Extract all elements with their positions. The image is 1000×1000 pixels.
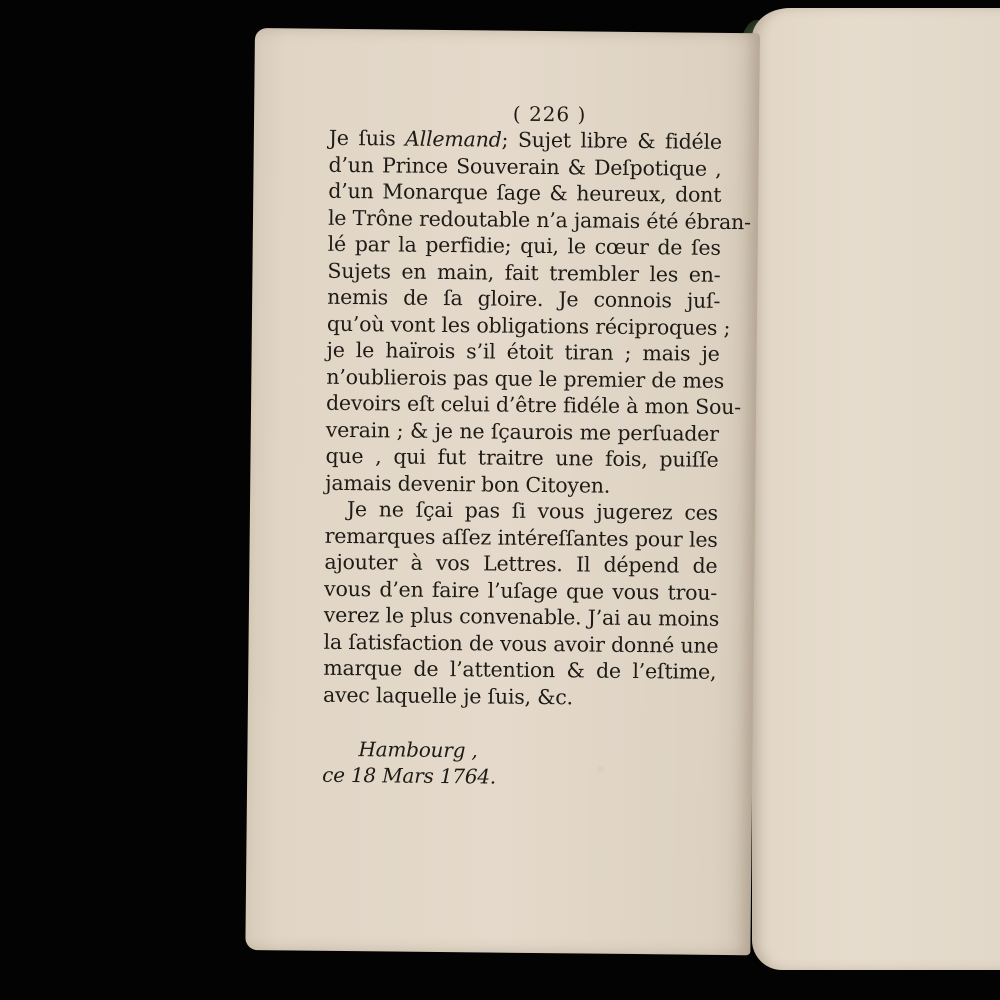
text-line: ajouter à vos Lettres. Il dépend de [324,549,717,580]
text-line: je le haïrois s’il étoit tiran ; mais je [326,337,719,368]
text-line: lé par la perfidie; qui, le cœur de ſes [328,231,721,262]
text-line: verain ; & je ne ſçaurois me perſuader [326,416,719,447]
text-line: d’un Prince Souverain & Deſpotique , [328,151,721,182]
page-text-block: ( 226 ) Je ſuis Allemand; Sujet libre & … [322,101,722,792]
text-line: Je ſuis Allemand; Sujet libre & fidéle [329,125,722,156]
italic-word: Allemand [405,127,502,152]
text-line: Je ne ſçai pas ſi vous jugerez ces [325,496,718,527]
text-fragment: ; Sujet libre & fidéle [501,128,722,154]
text-line: qu’où vont les obligations réciproques ; [327,310,720,341]
left-page: ( 226 ) Je ſuis Allemand; Sujet libre & … [245,28,760,955]
page-number: ( 226 ) [377,101,722,127]
paragraph-1: Je ſuis Allemand; Sujet libre & fidéle d… [325,125,722,500]
signoff-place: Hambourg , [322,736,715,766]
text-line: marque de l’attention & de l’eſtime, [323,655,716,686]
signoff-date: ce 18 Mars 1764. [322,762,715,792]
text-line: Sujets en main, fait trembler les en- [327,257,720,288]
text-line: avec laquelle je ſuis, &c. [323,681,716,712]
text-line: verez le plus convenable. J’ai au moins [324,602,717,633]
text-line: devoirs eſt celui d’être fidéle à mon So… [326,390,719,421]
text-line: le Trône redoutable n’a jamais été ébran… [328,204,721,235]
text-line: vous d’en faire l’uſage que vous trou- [324,575,717,606]
text-line: la ſatisfaction de vous avoir donné une [323,628,716,659]
text-line: jamais devenir bon Citoyen. [325,469,718,500]
text-line: n’oublierois pas que le premier de mes [326,363,719,394]
text-line: que , qui fut traitre une fois, puiſſe [325,443,718,474]
signoff: Hambourg , ce 18 Mars 1764. [322,736,716,792]
text-fragment: Je ſuis [329,126,406,151]
right-page-blank [752,8,1000,970]
text-line: nemis de ſa gloire. Je connois juſ- [327,284,720,315]
paragraph-2: Je ne ſçai pas ſi vous jugerez ces remar… [323,496,718,712]
text-line: d’un Monarque ſage & heureux, dont [328,178,721,209]
text-line: remarques aſſez intéreſſantes pour les [325,522,718,553]
